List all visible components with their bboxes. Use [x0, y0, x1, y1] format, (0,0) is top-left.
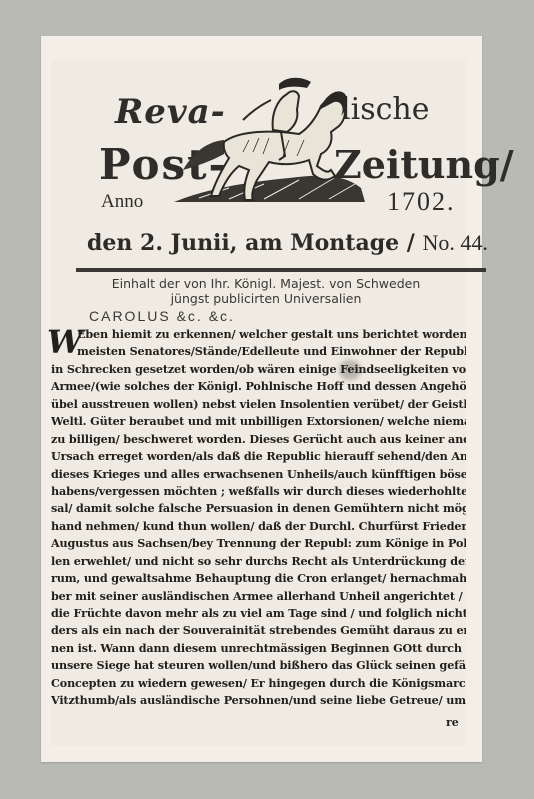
body-line: übel ausstreuen wollen) nebst vielen Ins… — [51, 396, 466, 413]
body-line: sal/ damit solche falsche Persuasion in … — [51, 500, 466, 517]
body-line: nen ist. Wann dann diesem unrechtmässige… — [51, 640, 466, 657]
catchword: re — [446, 716, 459, 729]
body-line: ber mit seiner ausländischen Armee aller… — [51, 588, 466, 605]
body-line: Eben hiemit zu erkennen/ welcher gestalt… — [51, 326, 466, 343]
body-line: Armee/(wie solches der Königl. Pohlnisch… — [51, 378, 466, 395]
body-line: habens/vergessen möchten ; weßfalls wir … — [51, 483, 466, 500]
horse-and-rider-woodcut-icon — [169, 70, 369, 210]
body-line: rum, und gewaltsahme Behauptung die Cron… — [51, 570, 466, 587]
photo-card: Reva- lische Post- Zeitung/ Anno 1702. — [41, 36, 482, 762]
body-line: len erwehlet/ und nicht so sehr durchs R… — [51, 553, 466, 570]
heading-rule — [76, 268, 486, 272]
article-heading: Einhalt der von Ihr. Königl. Majest. von… — [51, 276, 481, 306]
salutation: CAROLUS &c. &c. — [89, 308, 235, 324]
dateline: den 2. Junii, am Montage / No. 44. — [87, 230, 467, 256]
article-heading-line1: Einhalt der von Ihr. Königl. Majest. von… — [51, 276, 481, 291]
article-body: Eben hiemit zu erkennen/ welcher gestalt… — [51, 326, 466, 710]
body-line: ders als ein nach der Souverainität stre… — [51, 622, 466, 639]
issue-date: den 2. Junii, am Montage / — [87, 230, 415, 256]
body-line: Vitzthumb/als ausländische Persohnen/und… — [51, 692, 466, 709]
body-line: hand nehmen/ kund thun wollen/ daß der D… — [51, 518, 466, 535]
anno-label: Anno — [101, 191, 143, 213]
newspaper-page: Reva- lische Post- Zeitung/ Anno 1702. — [51, 60, 466, 746]
body-line: zu billigen/ beschweret worden. Dieses G… — [51, 431, 466, 448]
body-line: Weltl. Güter beraubet und mit unbilligen… — [51, 413, 466, 430]
body-line: Augustus aus Sachsen/bey Trennung der Re… — [51, 535, 466, 552]
issue-number: No. 44. — [422, 230, 487, 255]
body-line: die Früchte davon mehr als zu viel am Ta… — [51, 605, 466, 622]
article-heading-line2: jüngst publicirten Universalien — [51, 291, 481, 306]
body-line: meisten Senatores/Stände/Edelleute und E… — [51, 343, 466, 360]
body-line: Concepten zu wiedern gewesen/ Er hingege… — [51, 675, 466, 692]
body-line: in Schrecken gesetzet worden/ob wären ei… — [51, 361, 466, 378]
body-line: Ursach erreget worden/als daß die Republ… — [51, 448, 466, 465]
body-line: unsere Siege hat steuren wollen/und bißh… — [51, 657, 466, 674]
year-label: 1702. — [387, 187, 456, 217]
body-line: dieses Krieges und alles erwachsenen Unh… — [51, 466, 466, 483]
